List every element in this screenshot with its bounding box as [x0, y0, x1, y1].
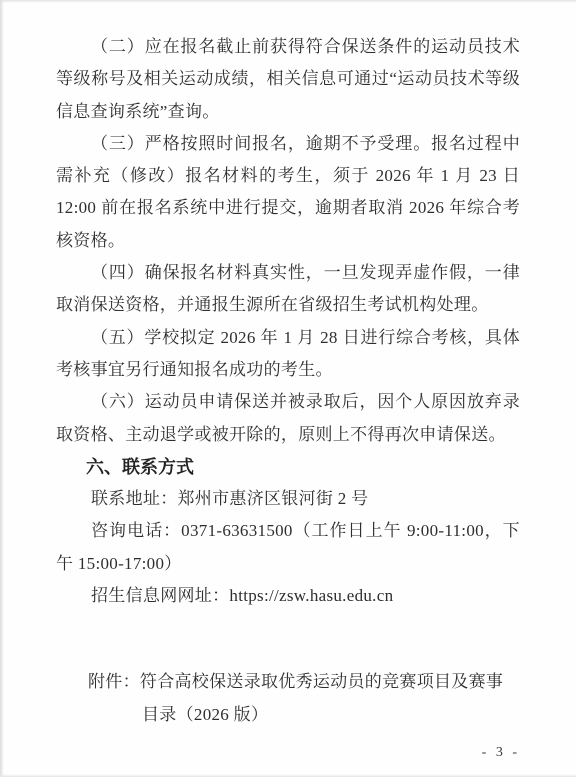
body-paragraph-6: （六）运动员申请保送并被录取后，因个人原因放弃录取资格、主动退学或被开除的，原则… — [56, 386, 520, 451]
contact-website-line: 招生信息网网址：https://zsw.hasu.edu.cn — [56, 580, 520, 612]
scan-edge-left — [0, 0, 4, 777]
body-paragraph-3: （三）严格按照时间报名，逾期不予受理。报名过程中需补充（修改）报名材料的考生，须… — [56, 128, 520, 257]
page-number: - 3 - — [482, 745, 520, 761]
body-paragraph-2: （二）应在报名截止前获得符合保送条件的运动员技术等级称号及相关运动成绩，相关信息… — [56, 31, 520, 128]
section-heading-contact: 六、联系方式 — [56, 451, 520, 483]
body-paragraph-4: （四）确保报名材料真实性，一旦发现弄虚作假，一律取消保送资格，并通报生源所在省级… — [56, 257, 520, 322]
attachment-note-line1: 附件：符合高校保送录取优秀运动员的竞赛项目及赛事 — [56, 666, 520, 698]
attachment-note-line2: 目录（2026 版） — [56, 699, 520, 731]
body-paragraph-5: （五）学校拟定 2026 年 1 月 28 日进行综合考核，具体考核事宜另行通知… — [56, 322, 520, 387]
contact-phone-line: 咨询电话：0371-63631500（工作日上午 9:00-11:00，下午 1… — [56, 515, 520, 580]
scan-edge-top — [0, 0, 576, 3]
document-page: （二）应在报名截止前获得符合保送条件的运动员技术等级称号及相关运动成绩，相关信息… — [0, 0, 576, 777]
attachment-note: 附件：符合高校保送录取优秀运动员的竞赛项目及赛事 目录（2026 版） — [56, 666, 520, 731]
document-body: （二）应在报名截止前获得符合保送条件的运动员技术等级称号及相关运动成绩，相关信息… — [56, 31, 520, 731]
contact-address-line: 联系地址：郑州市惠济区银河街 2 号 — [56, 483, 520, 515]
